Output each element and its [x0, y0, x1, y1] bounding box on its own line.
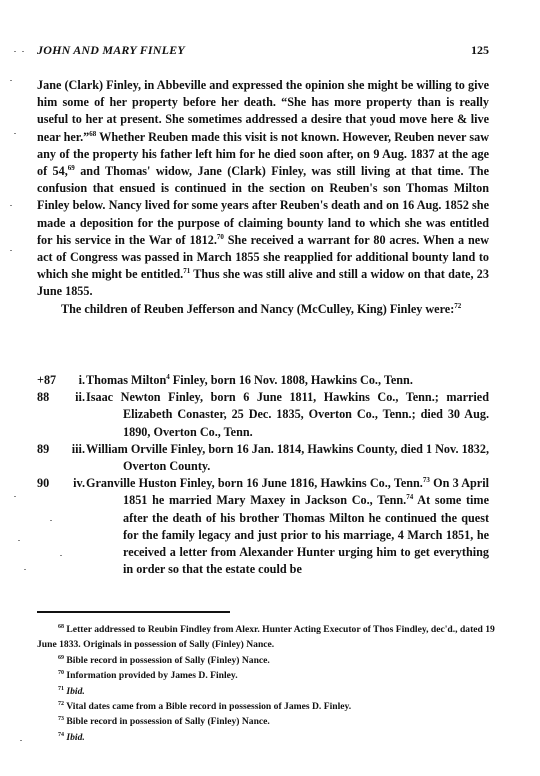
scan-speck [10, 250, 12, 251]
footnote: 71 Ibid. [37, 684, 497, 699]
scan-speck [22, 51, 24, 52]
child-roman: i. [55, 372, 85, 389]
footnote-ref: 72 [454, 302, 461, 310]
footnote: 73 Bible record in possession of Sally (… [37, 714, 497, 729]
footnote-number: 68 [58, 624, 64, 630]
scan-speck [14, 51, 16, 52]
scan-speck [10, 205, 12, 206]
footnote-text: Bible record in possession of Sally (Fin… [66, 716, 269, 727]
child-roman: ii. [55, 389, 85, 406]
paragraph: The children of Reuben Jefferson and Nan… [37, 301, 489, 318]
scan-speck [24, 569, 26, 570]
document-page: JOHN AND MARY FINLEY 125 Jane (Clark) Fi… [0, 0, 540, 776]
scan-speck [10, 80, 12, 81]
child-text: Thomas Milton4 Finley, born 16 Nov. 1808… [86, 372, 489, 389]
footnote-number: 69 [58, 655, 64, 661]
paragraph: Jane (Clark) Finley, in Abbeville and ex… [37, 77, 489, 301]
footnote-ref: 71 [183, 267, 190, 275]
footnote-ref: 4 [166, 373, 170, 381]
footnote: 69 Bible record in possession of Sally (… [37, 653, 497, 668]
child-entry: 88 ii. Isaac Newton Finley, born 6 June … [37, 389, 489, 441]
scan-speck [14, 133, 16, 134]
child-entry: +87 i. Thomas Milton4 Finley, born 16 No… [37, 372, 489, 389]
footnote-text: Ibid. [66, 732, 84, 743]
child-text: Isaac Newton Finley, born 6 June 1811, H… [86, 389, 489, 441]
footnotes: 68 Letter addressed to Reubin Findley fr… [37, 622, 497, 745]
scan-speck [60, 555, 62, 556]
footnote: 74 Ibid. [37, 730, 497, 745]
scan-speck [18, 540, 20, 541]
child-entry: 89 iii. William Orville Finley, born 16 … [37, 441, 489, 475]
footnote-number: 71 [58, 686, 64, 692]
child-entry: 90 iv. Granville Huston Finley, born 16 … [37, 475, 489, 578]
child-text: Granville Huston Finley, born 16 June 18… [86, 475, 489, 578]
scan-speck [20, 740, 22, 741]
footnote-number: 73 [58, 716, 64, 722]
body-text: Jane (Clark) Finley, in Abbeville and ex… [37, 77, 489, 318]
footnote-text: Vital dates came from a Bible record in … [66, 701, 351, 712]
child-text: William Orville Finley, born 16 Jan. 181… [86, 441, 489, 475]
footnote: 72 Vital dates came from a Bible record … [37, 699, 497, 714]
scan-speck [50, 520, 52, 521]
footnote-number: 70 [58, 670, 64, 676]
child-roman: iv. [55, 475, 85, 492]
footnote-number: 72 [58, 701, 64, 707]
footnote-divider [37, 611, 230, 613]
child-roman: iii. [55, 441, 85, 458]
footnote-ref: 74 [406, 493, 413, 501]
children-list: +87 i. Thomas Milton4 Finley, born 16 No… [37, 372, 489, 578]
footnote-ref: 68 [89, 130, 96, 138]
scan-speck [14, 496, 16, 497]
footnote-ref: 73 [423, 476, 430, 484]
footnote-text: Ibid. [66, 686, 84, 697]
footnote: 70 Information provided by James D. Finl… [37, 668, 497, 683]
footnote-ref: 70 [217, 233, 224, 241]
footnote-text: Bible record in possession of Sally (Fin… [66, 655, 269, 666]
footnote-number: 74 [58, 732, 64, 738]
running-title: JOHN AND MARY FINLEY [37, 43, 185, 58]
page-number: 125 [471, 43, 489, 58]
footnote-ref: 69 [68, 164, 75, 172]
footnote-text: Information provided by James D. Finley. [66, 670, 237, 681]
running-header: JOHN AND MARY FINLEY 125 [37, 43, 489, 59]
footnote-text: Letter addressed to Reubin Findley from … [37, 624, 495, 650]
footnote: 68 Letter addressed to Reubin Findley fr… [37, 622, 497, 653]
